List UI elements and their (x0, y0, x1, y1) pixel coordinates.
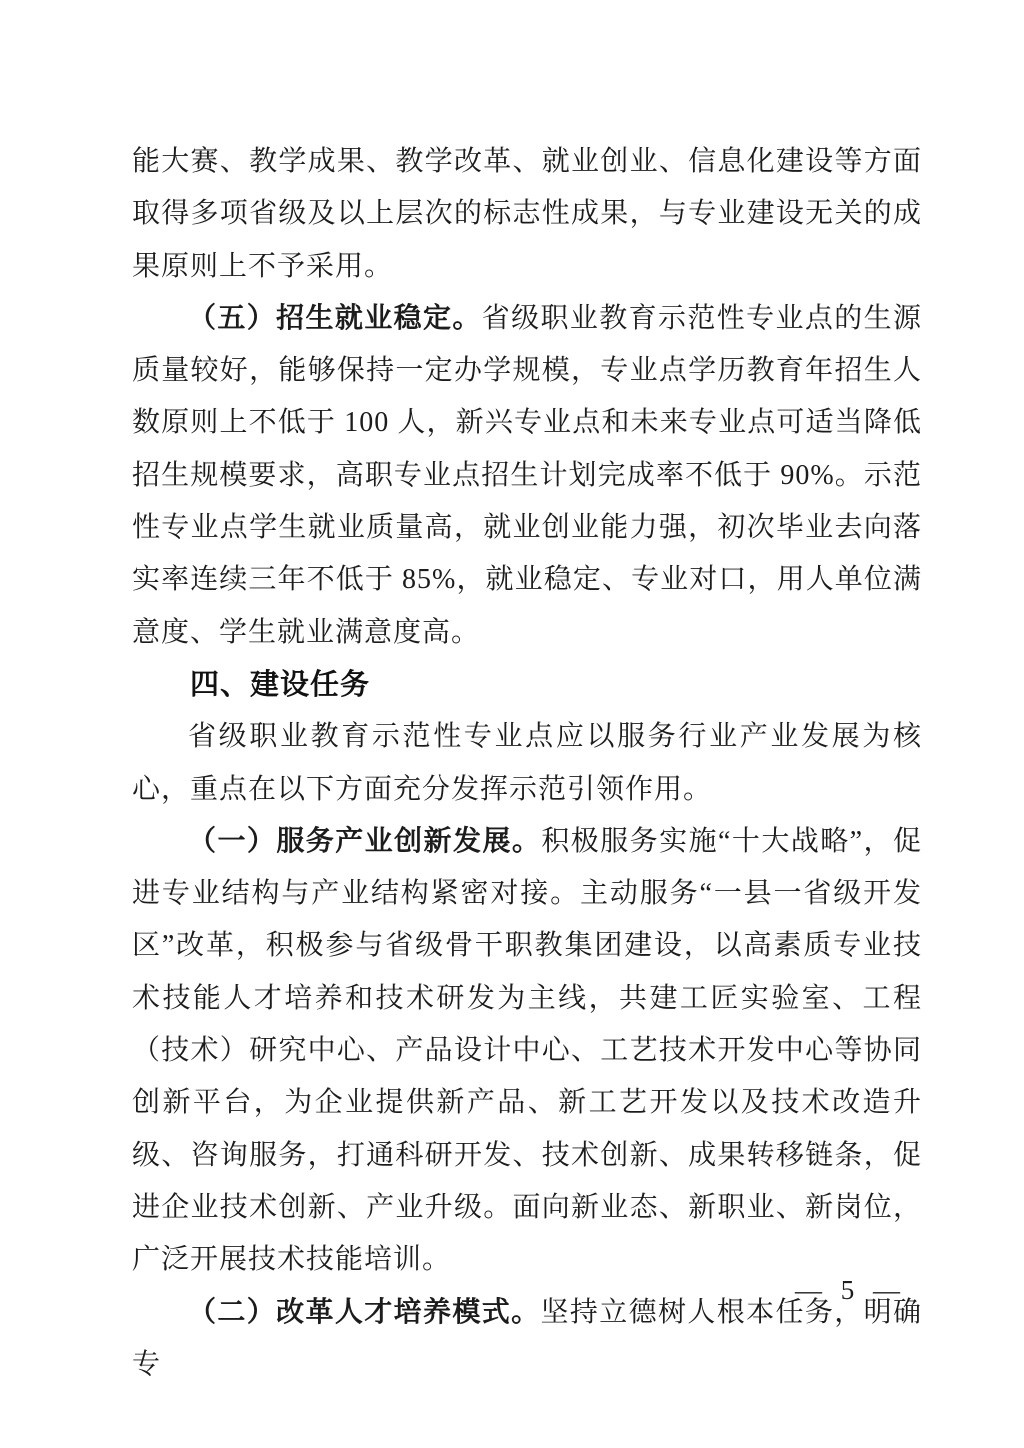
paragraph-item-5-lead: （五）招生就业稳定。 (188, 303, 482, 334)
paragraph-section-intro: 省级职业教育示范性专业点应以服务行业产业发展为核心，重点在以下方面充分发挥示范引… (132, 711, 922, 816)
paragraph-item-5-text: 省级职业教育示范性专业点的生源质量较好，能够保持一定办学规模，专业点学历教育年招… (132, 303, 922, 648)
paragraph-task-2-lead: （二）改革人才培养模式。 (188, 1297, 541, 1328)
document-body: 能大赛、教学成果、教学改革、就业创业、信息化建设等方面取得多项省级及以上层次的标… (132, 136, 922, 1391)
paragraph-task-1-text: 积极服务实施“十大战略”，促进专业结构与产业结构紧密对接。主动服务“一县一省级开… (132, 826, 922, 1275)
paragraph-task-1-lead: （一）服务产业创新发展。 (188, 826, 541, 857)
paragraph-continuation: 能大赛、教学成果、教学改革、就业创业、信息化建设等方面取得多项省级及以上层次的标… (132, 136, 922, 293)
document-page: 能大赛、教学成果、教学改革、就业创业、信息化建设等方面取得多项省级及以上层次的标… (0, 0, 1024, 1448)
page-number: — 5 — (795, 1272, 906, 1308)
paragraph-item-5: （五）招生就业稳定。省级职业教育示范性专业点的生源质量较好，能够保持一定办学规模… (132, 293, 922, 659)
section-heading-4: 四、建设任务 (132, 659, 922, 711)
paragraph-task-1: （一）服务产业创新发展。积极服务实施“十大战略”，促进专业结构与产业结构紧密对接… (132, 816, 922, 1287)
